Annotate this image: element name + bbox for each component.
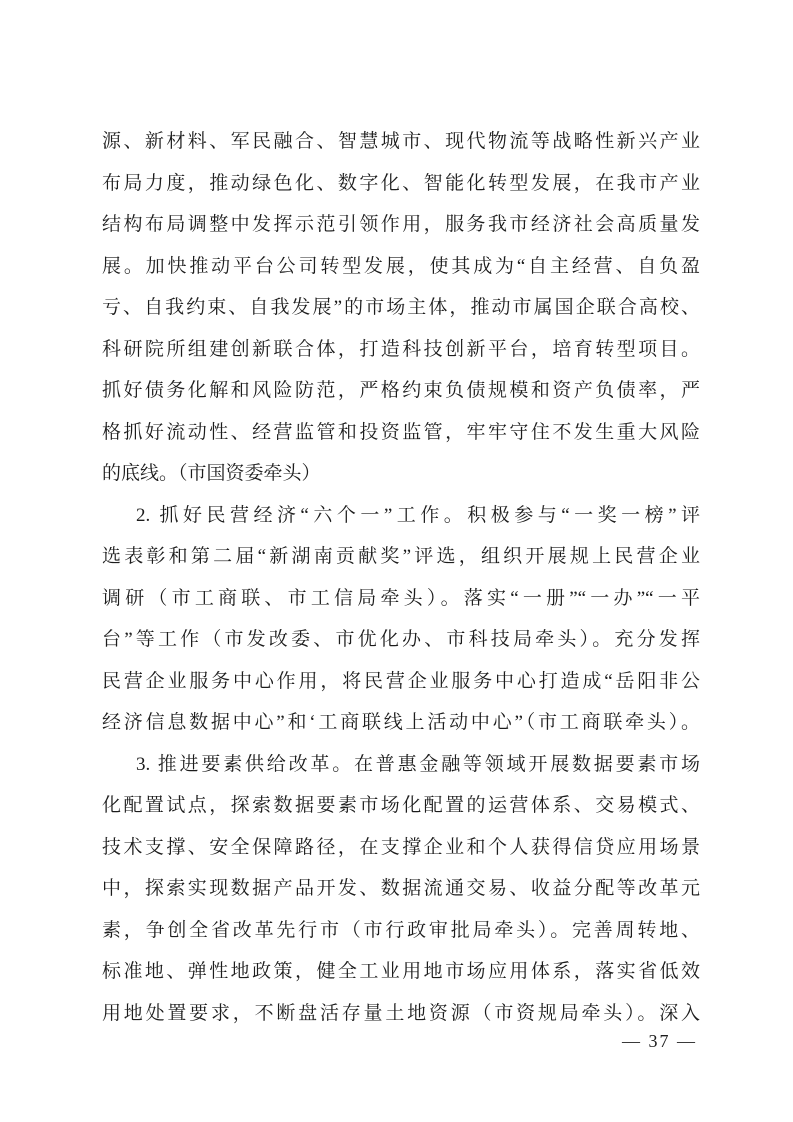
text-line: 选表彰和第二届“新湖南贡献奖”评选，组织开展规上民营企业 — [102, 536, 700, 578]
text-line: 经济信息数据中心”和‘工商联线上活动中心”（市工商联牵头）。 — [102, 702, 700, 744]
text-line: 亏、自我约束、自我发展”的市场主体，推动市属国企联合高校、 — [102, 287, 700, 329]
text-line: 台”等工作（市发改委、市优化办、市科技局牵头）。充分发挥 — [102, 619, 700, 661]
text-line: 技术支撑、安全保障路径，在支撑企业和个人获得信贷应用场景 — [102, 827, 700, 869]
text-line: 中，探索实现数据产品开发、数据流通交易、收益分配等改革元 — [102, 868, 700, 910]
para-factor-supply-reform: 3. 推进要素供给改革。在普惠金融等领域开展数据要素市场化配置试点，探索数据要素… — [102, 744, 700, 1035]
text-line: 调研（市工商联、市工信局牵头）。落实“一册”“一办”“一平 — [102, 578, 700, 620]
para-soe-reform-continuation: 源、新材料、军民融合、智慧城市、现代物流等战略性新兴产业布局力度，推动绿色化、数… — [102, 121, 700, 495]
text-line: 民营企业服务中心作用，将民营企业服务中心打造成“岳阳非公 — [102, 661, 700, 703]
para-private-economy: 2. 抓好民营经济“六个一”工作。积极参与“一奖一榜”评选表彰和第二届“新湖南贡… — [102, 495, 700, 744]
text-line: 科研院所组建创新联合体，打造科技创新平台，培育转型项目。 — [102, 329, 700, 371]
text-line: 2. 抓好民营经济“六个一”工作。积极参与“一奖一榜”评 — [102, 495, 700, 537]
text-line: 化配置试点，探索数据要素市场化配置的运营体系、交易模式、 — [102, 785, 700, 827]
text-line: 标准地、弹性地政策，健全工业用地市场应用体系，落实省低效 — [102, 951, 700, 993]
text-line: 3. 推进要素供给改革。在普惠金融等领域开展数据要素市场 — [102, 744, 700, 786]
text-line: 素，争创全省改革先行市（市行政审批局牵头）。完善周转地、 — [102, 910, 700, 952]
text-line: 的底线。（市国资委牵头） — [102, 453, 700, 495]
text-line: 抓好债务化解和风险防范，严格约束负债规模和资产负债率，严 — [102, 370, 700, 412]
text-line: 展。加快推动平台公司转型发展，使其成为“自主经营、自负盈 — [102, 246, 700, 288]
text-line: 布局力度，推动绿色化、数字化、智能化转型发展，在我市产业 — [102, 163, 700, 205]
page-number: — 37 — — [622, 1031, 697, 1052]
text-line: 源、新材料、军民融合、智慧城市、现代物流等战略性新兴产业 — [102, 121, 700, 163]
text-line: 结构布局调整中发挥示范引领作用，服务我市经济社会高质量发 — [102, 204, 700, 246]
text-line: 格抓好流动性、经营监管和投资监管，牢牢守住不发生重大风险 — [102, 412, 700, 454]
document-page: 源、新材料、军民融合、智慧城市、现代物流等战略性新兴产业布局力度，推动绿色化、数… — [0, 0, 793, 1122]
document-body: 源、新材料、军民融合、智慧城市、现代物流等战略性新兴产业布局力度，推动绿色化、数… — [102, 121, 700, 1034]
text-line: 用地处置要求，不断盘活存量土地资源（市资规局牵头）。深入 — [102, 993, 700, 1035]
